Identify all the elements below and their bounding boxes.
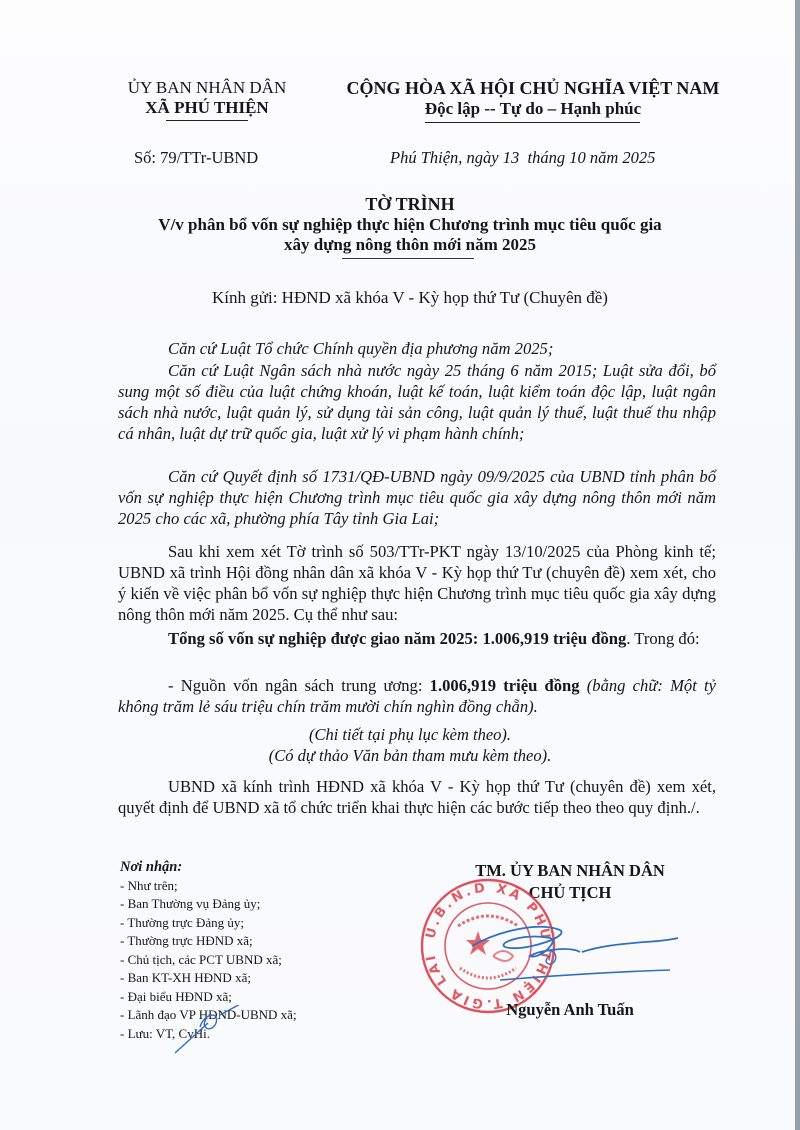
recipient-item: - Như trên; bbox=[120, 877, 297, 896]
scan-edge-shadow bbox=[795, 0, 800, 1130]
closing-paragraph: UBND xã kính trình HĐND xã khóa V - Kỳ h… bbox=[118, 776, 716, 818]
legal-basis-1: Căn cứ Luật Tổ chức Chính quyền địa phươ… bbox=[118, 338, 716, 359]
divider bbox=[342, 258, 474, 259]
national-motto: Độc lập -- Tự do – Hạnh phúc bbox=[318, 99, 748, 119]
total-tail: . Trong đó: bbox=[626, 629, 699, 648]
issuing-authority: ỦY BAN NHÂN DÂN bbox=[112, 78, 302, 98]
recipient-line: Kính gửi: HĐND xã khóa V - Kỳ họp thứ Tư… bbox=[100, 288, 720, 308]
review-paragraph: Sau khi xem xét Tờ trình số 503/TTr-PKT … bbox=[118, 541, 716, 625]
document-title: TỜ TRÌNH bbox=[100, 194, 720, 215]
funding-source: - Nguồn vốn ngân sách trung ương: 1.006,… bbox=[118, 675, 716, 717]
national-title: CỘNG HÒA XÃ HỘI CHỦ NGHĨA VIỆT NAM bbox=[318, 78, 748, 99]
recipient-item: - Đại biểu HĐND xã; bbox=[120, 988, 297, 1007]
divider bbox=[425, 122, 640, 123]
document-number: Số: 79/TTr-UBND bbox=[134, 148, 258, 168]
recipient-item: - Thường trực Đảng ủy; bbox=[120, 914, 297, 933]
document-subject-cont: xây dựng nông thôn mới năm 2025 bbox=[100, 235, 720, 255]
legal-basis-3: Căn cứ Quyết định số 1731/QĐ-UBND ngày 0… bbox=[118, 466, 716, 529]
legal-basis-2: Căn cứ Luật Ngân sách nhà nước ngày 25 t… bbox=[118, 360, 716, 444]
total-paragraph: Tổng số vốn sự nghiệp được giao năm 2025… bbox=[118, 628, 716, 649]
recipients-heading: Nơi nhận: bbox=[120, 858, 297, 877]
document-subject: V/v phân bổ vốn sự nghiệp thực hiện Chươ… bbox=[100, 215, 720, 235]
recipient-item: - Ban KT-XH HĐND xã; bbox=[120, 969, 297, 988]
signatory-name: Nguyễn Anh Tuấn bbox=[440, 1000, 700, 1020]
recipient-item: - Chủ tịch, các PCT UBND xã; bbox=[120, 951, 297, 970]
place-date: Phú Thiện, ngày 13 tháng 10 năm 2025 bbox=[390, 148, 655, 168]
handwritten-signature-icon bbox=[470, 910, 680, 1000]
recipient-item: - Thường trực HĐND xã; bbox=[120, 932, 297, 951]
recipient-item: - Ban Thường vụ Đảng ủy; bbox=[120, 895, 297, 914]
issuing-commune: XÃ PHÚ THIỆN bbox=[112, 98, 302, 118]
total-amount: Tổng số vốn sự nghiệp được giao năm 2025… bbox=[168, 629, 626, 648]
source-prefix: - Nguồn vốn ngân sách trung ương: bbox=[168, 676, 430, 695]
divider bbox=[166, 120, 248, 121]
appendix-note: (Chi tiết tại phụ lục kèm theo). bbox=[110, 725, 710, 745]
source-amount: 1.006,919 triệu đồng bbox=[430, 676, 580, 695]
draft-note: (Có dự thảo Văn bản tham mưu kèm theo). bbox=[110, 746, 710, 766]
initial-mark-icon bbox=[170, 1005, 250, 1055]
